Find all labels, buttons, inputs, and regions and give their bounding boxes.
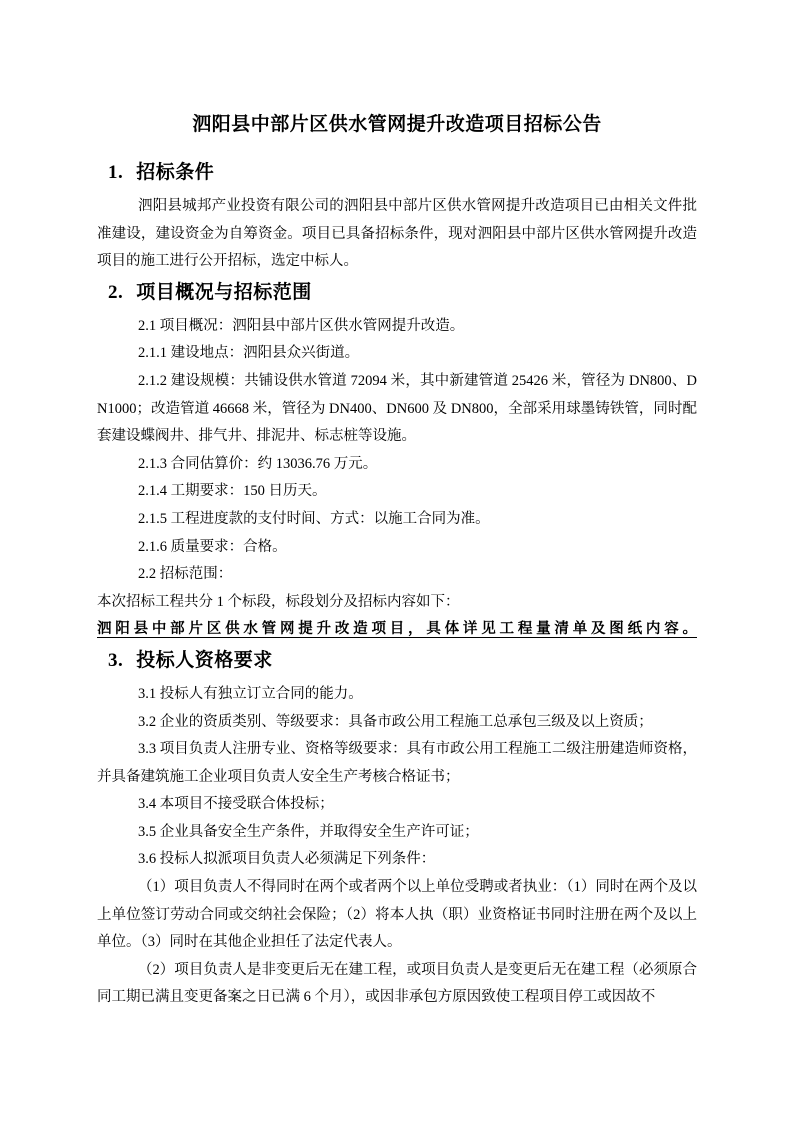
paragraph: 3.5 企业具备安全生产条件，并取得安全生产许可证； (97, 819, 697, 847)
section-heading: 2.项目概况与招标范围 (97, 278, 697, 308)
paragraph: 2.2 招标范围： (97, 561, 697, 589)
paragraph: 3.4 本项目不接受联合体投标； (97, 791, 697, 819)
paragraph: 2.1 项目概况：泗阳县中部片区供水管网提升改造。 (97, 313, 697, 341)
tender-scope-underlined-line: 泗阳县中部片区供水管网提升改造项目，具体详见工程量清单及图纸内容。 (97, 616, 697, 644)
heading-number: 1. (108, 158, 123, 188)
paragraph: 本次招标工程共分 1 个标段，标段划分及招标内容如下： (97, 589, 697, 617)
paragraph: 2.1.1 建设地点：泗阳县众兴街道。 (97, 340, 697, 368)
heading-text: 招标条件 (136, 162, 214, 183)
heading-text: 投标人资格要求 (136, 650, 273, 671)
heading-number: 3. (108, 646, 123, 676)
paragraph: 3.2 企业的资质类别、等级要求：具备市政公用工程施工总承包三级及以上资质； (97, 709, 697, 737)
paragraph: 3.1 投标人有独立订立合同的能力。 (97, 681, 697, 709)
paragraph: （2）项目负责人是非变更后无在建工程，或项目负责人是变更后无在建工程（必须原合同… (97, 957, 697, 1012)
paragraph: 泗阳县城邦产业投资有限公司的泗阳县中部片区供水管网提升改造项目已由相关文件批准建… (97, 193, 697, 276)
heading-text: 项目概况与招标范围 (136, 282, 312, 303)
document-body: 1.招标条件泗阳县城邦产业投资有限公司的泗阳县中部片区供水管网提升改造项目已由相… (97, 158, 697, 1012)
paragraph: 2.1.3 合同估算价：约 13036.76 万元。 (97, 451, 697, 479)
paragraph: 2.1.5 工程进度款的支付时间、方式：以施工合同为准。 (97, 506, 697, 534)
document-title: 泗阳县中部片区供水管网提升改造项目招标公告 (97, 110, 697, 140)
paragraph: （1）项目负责人不得同时在两个或者两个以上单位受聘或者执业：（1）同时在两个及以… (97, 874, 697, 957)
paragraph: 2.1.4 工期要求：150 日历天。 (97, 478, 697, 506)
paragraph: 3.6 投标人拟派项目负责人必须满足下列条件： (97, 846, 697, 874)
heading-number: 2. (108, 278, 123, 308)
document-page: 泗阳县中部片区供水管网提升改造项目招标公告 1.招标条件泗阳县城邦产业投资有限公… (0, 0, 793, 1122)
paragraph: 3.3 项目负责人注册专业、资格等级要求：具有市政公用工程施工二级注册建造师资格… (97, 736, 697, 791)
paragraph: 2.1.6 质量要求：合格。 (97, 534, 697, 562)
section-heading: 1.招标条件 (97, 158, 697, 188)
section-heading: 3.投标人资格要求 (97, 646, 697, 676)
paragraph: 2.1.2 建设规模：共铺设供水管道 72094 米，其中新建管道 25426 … (97, 368, 697, 451)
